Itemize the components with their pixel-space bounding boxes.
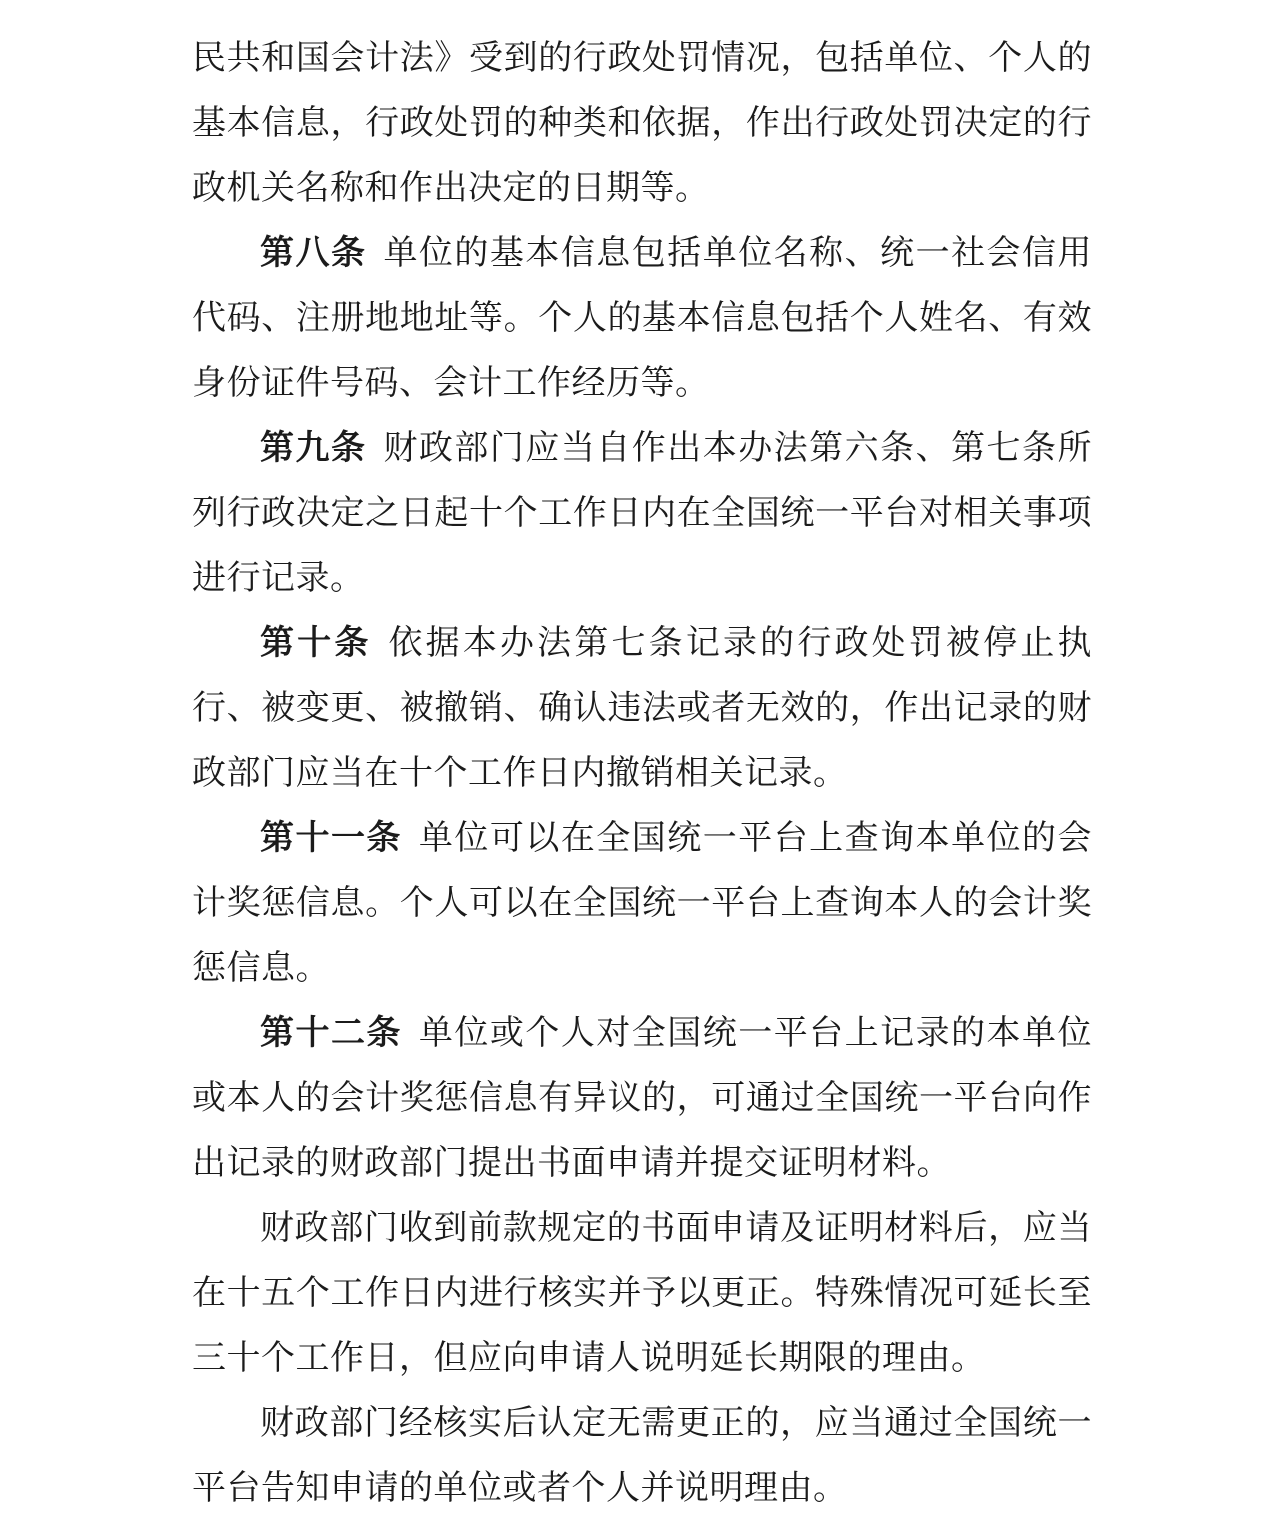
article-number: 第十条 [260, 625, 372, 662]
paragraph: 财政部门经核实后认定无需更正的，应当通过全国统一平台告知申请的单位或者个人并说明… [192, 1391, 1092, 1521]
article-number: 第十二条 [260, 1015, 402, 1052]
paragraph: 第十二条单位或个人对全国统一平台上记录的本单位或本人的会计奖惩信息有异议的，可通… [192, 1001, 1092, 1196]
paragraph: 财政部门收到前款规定的书面申请及证明材料后，应当在十五个工作日内进行核实并予以更… [192, 1196, 1092, 1391]
paragraph-text: 民共和国会计法》受到的行政处罚情况，包括单位、个人的基本信息，行政处罚的种类和依… [192, 40, 1092, 207]
document-page: 民共和国会计法》受到的行政处罚情况，包括单位、个人的基本信息，行政处罚的种类和依… [0, 0, 1280, 1522]
paragraph: 第八条单位的基本信息包括单位名称、统一社会信用代码、注册地地址等。个人的基本信息… [192, 221, 1092, 416]
paragraph: 第十一条单位可以在全国统一平台上查询本单位的会计奖惩信息。个人可以在全国统一平台… [192, 806, 1092, 1001]
paragraph-text: 财政部门收到前款规定的书面申请及证明材料后，应当在十五个工作日内进行核实并予以更… [192, 1210, 1092, 1377]
document-body: 民共和国会计法》受到的行政处罚情况，包括单位、个人的基本信息，行政处罚的种类和依… [0, 0, 1280, 1521]
paragraph: 第十条依据本办法第七条记录的行政处罚被停止执行、被变更、被撤销、确认违法或者无效… [192, 611, 1092, 806]
paragraph: 第九条财政部门应当自作出本办法第六条、第七条所列行政决定之日起十个工作日内在全国… [192, 416, 1092, 611]
paragraph: 民共和国会计法》受到的行政处罚情况，包括单位、个人的基本信息，行政处罚的种类和依… [192, 26, 1092, 221]
article-number: 第十一条 [260, 820, 402, 857]
paragraph-text: 财政部门经核实后认定无需更正的，应当通过全国统一平台告知申请的单位或者个人并说明… [192, 1405, 1092, 1507]
article-number: 第八条 [260, 235, 366, 272]
article-number: 第九条 [260, 430, 366, 467]
